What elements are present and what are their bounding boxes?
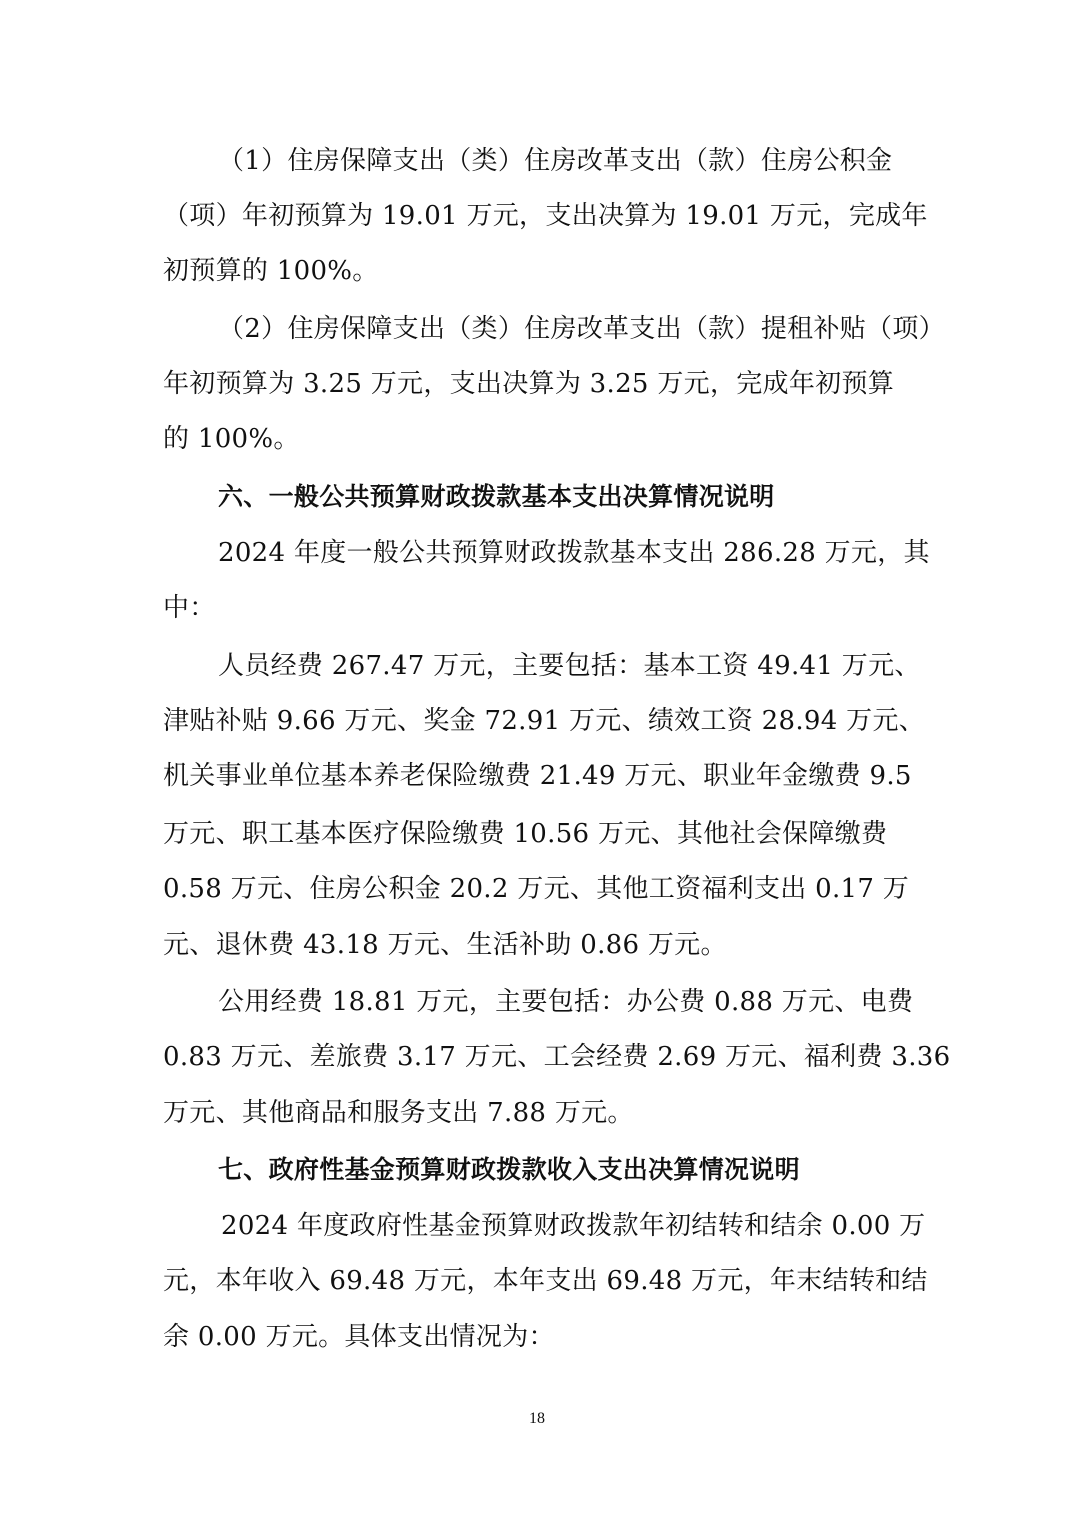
paragraph-line: （项）年初预算为 19.01 万元，支出决算为 19.01 万元，完成年 — [163, 200, 913, 232]
document-page: （1）住房保障支出（类）住房改革支出（款）住房公积金 （项）年初预算为 19.0… — [0, 0, 1074, 1520]
paragraph-line: （2）住房保障支出（类）住房改革支出（款）提租补贴（项） — [218, 313, 968, 345]
section-heading-7: 七、政府性基金预算财政拨款收入支出决算情况说明 — [218, 1154, 968, 1186]
section-heading-6: 六、一般公共预算财政拨款基本支出决算情况说明 — [218, 481, 968, 513]
paragraph-line: 0.58 万元、住房公积金 20.2 万元、其他工资福利支出 0.17 万 — [163, 873, 913, 905]
paragraph-line: 初预算的 100%。 — [163, 255, 913, 287]
paragraph-line: 2024 年度一般公共预算财政拨款基本支出 286.28 万元，其 — [218, 537, 968, 569]
paragraph-line: （1）住房保障支出（类）住房改革支出（款）住房公积金 — [218, 145, 968, 177]
paragraph-line: 元，本年收入 69.48 万元，本年支出 69.48 万元，年末结转和结 — [163, 1265, 913, 1297]
paragraph-line: 2024 年度政府性基金预算财政拨款年初结转和结余 0.00 万 — [221, 1210, 971, 1242]
paragraph-line: 余 0.00 万元。具体支出情况为： — [163, 1321, 913, 1353]
paragraph-line: 公用经费 18.81 万元，主要包括：办公费 0.88 万元、电费 — [218, 986, 968, 1018]
paragraph-line: 万元、职工基本医疗保险缴费 10.56 万元、其他社会保障缴费 — [163, 818, 913, 850]
paragraph-line: 津贴补贴 9.66 万元、奖金 72.91 万元、绩效工资 28.94 万元、 — [163, 705, 913, 737]
paragraph-line: 元、退休费 43.18 万元、生活补助 0.86 万元。 — [163, 929, 913, 961]
paragraph-line: 的 100%。 — [163, 423, 913, 455]
paragraph-line: 机关事业单位基本养老保险缴费 21.49 万元、职业年金缴费 9.5 — [163, 760, 913, 792]
paragraph-line: 0.83 万元、差旅费 3.17 万元、工会经费 2.69 万元、福利费 3.3… — [163, 1041, 913, 1073]
paragraph-line: 年初预算为 3.25 万元，支出决算为 3.25 万元，完成年初预算 — [163, 368, 913, 400]
paragraph-line: 万元、其他商品和服务支出 7.88 万元。 — [163, 1097, 913, 1129]
paragraph-line: 人员经费 267.47 万元，主要包括：基本工资 49.41 万元、 — [218, 650, 968, 682]
paragraph-line: 中： — [163, 592, 913, 624]
page-number: 18 — [0, 1410, 1074, 1428]
